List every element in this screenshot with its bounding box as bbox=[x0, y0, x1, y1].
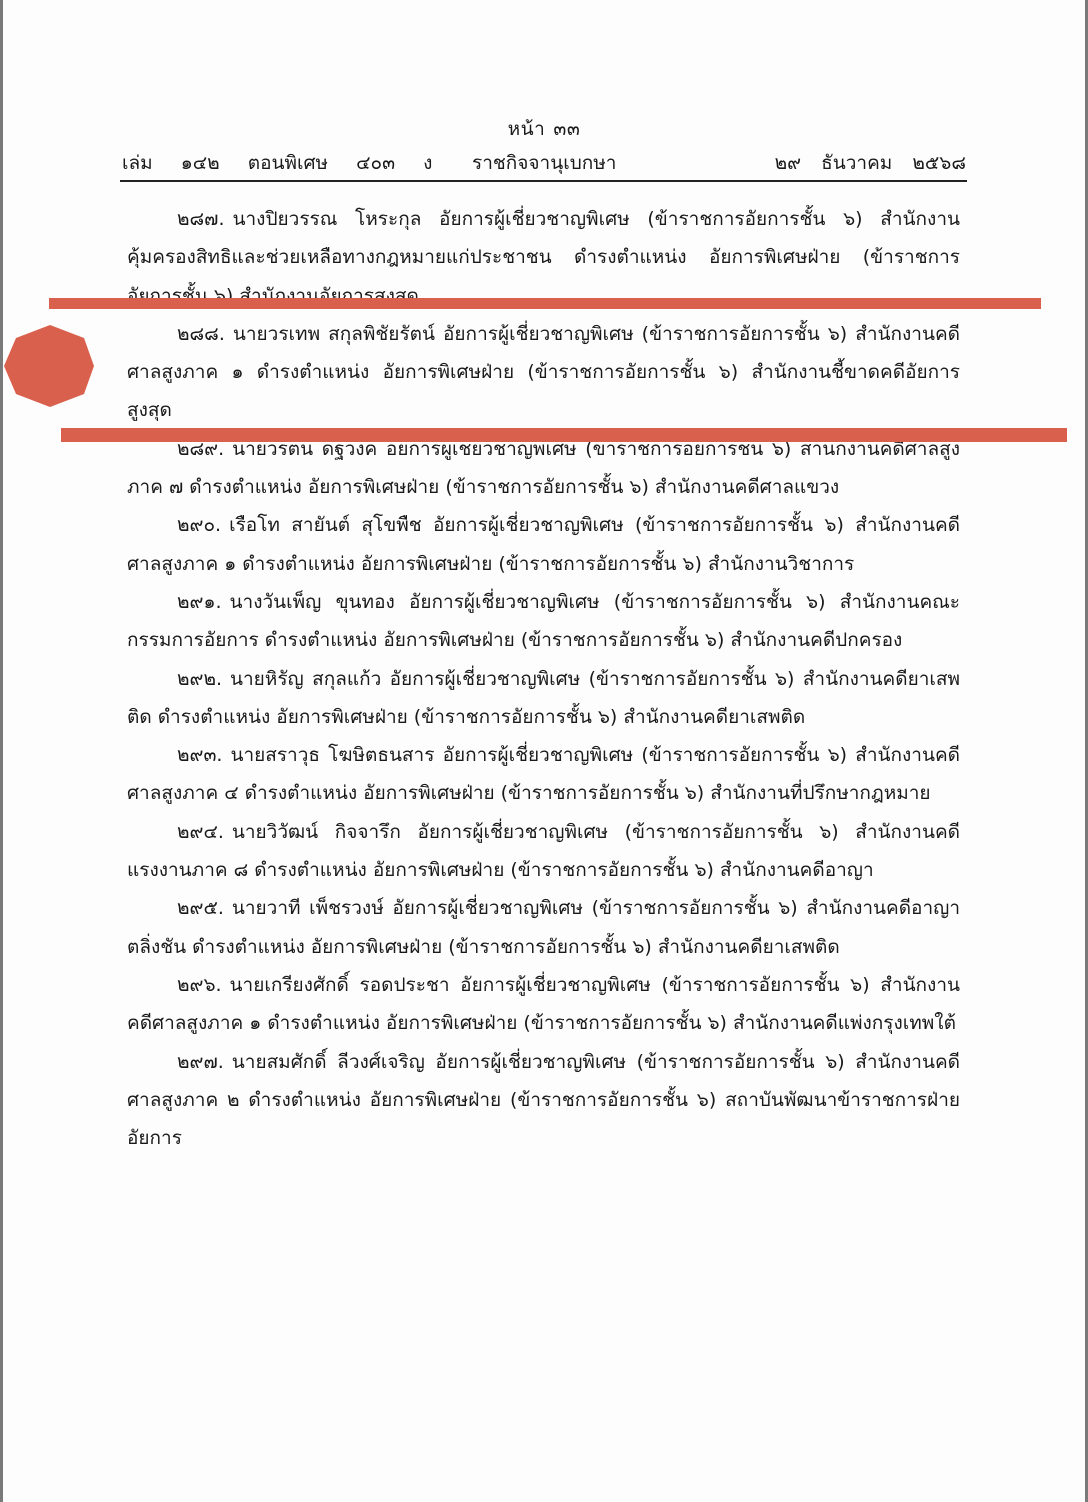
page-number-value: ๓๓ bbox=[553, 118, 580, 140]
appointment-list: ๒๘๗.นางปิยวรรณ โหระกุล อัยการผู้เชี่ยวชา… bbox=[127, 200, 960, 1157]
list-item: ๒๙๔.นายวิวัฒน์ กิจจารึก อัยการผู้เชี่ยวช… bbox=[127, 813, 960, 890]
entry-number: ๒๙๓. bbox=[177, 744, 222, 766]
list-item: ๒๙๒.นายหิรัญ สกุลแก้ว อัยการผู้เชี่ยวชาญ… bbox=[127, 660, 960, 737]
entry-text: นางปิยวรรณ โหระกุล อัยการผู้เชี่ยวชาญพิเ… bbox=[127, 208, 960, 307]
list-item: ๒๘๘.นายวรเทพ สกุลพิชัยรัตน์ อัยการผู้เชี… bbox=[127, 315, 960, 430]
list-item: ๒๙๖.นายเกรียงศักดิ์ รอดประชา อัยการผู้เช… bbox=[127, 966, 960, 1043]
entry-number: ๒๙๐. bbox=[177, 514, 221, 536]
header-volume-section: เล่ม ๑๔๒ ตอนพิเศษ ๔๐๓ ง bbox=[122, 148, 446, 178]
entry-text: นายวรเทพ สกุลพิชัยรัตน์ อัยการผู้เชี่ยวช… bbox=[127, 323, 960, 422]
list-item: ๒๙๗.นายสมศักดิ์ ลีวงศ์เจริญ อัยการผู้เชี… bbox=[127, 1043, 960, 1158]
page-label: หน้า bbox=[508, 118, 546, 140]
entry-text: นางวันเพ็ญ ขุนทอง อัยการผู้เชี่ยวชาญพิเศ… bbox=[127, 591, 960, 651]
entry-text: นายหิรัญ สกุลแก้ว อัยการผู้เชี่ยวชาญพิเศ… bbox=[127, 668, 960, 728]
entry-text: เรือโท สายันต์ สุโขพืช อัยการผู้เชี่ยวชา… bbox=[127, 514, 960, 574]
red-strike-line-bottom bbox=[61, 428, 1067, 442]
red-strike-line-top bbox=[49, 298, 1041, 309]
page-number: หน้า๓๓ bbox=[0, 114, 1088, 144]
entry-number: ๒๘๘. bbox=[177, 323, 225, 345]
section-number: ๔๐๓ bbox=[356, 152, 395, 174]
entry-number: ๒๙๔. bbox=[177, 821, 224, 843]
list-item: ๒๙๕.นายวาที เพ็ชรวงษ์ อัยการผู้เชี่ยวชาญ… bbox=[127, 889, 960, 966]
entry-text: นายสมศักดิ์ ลีวงศ์เจริญ อัยการผู้เชี่ยวช… bbox=[127, 1051, 960, 1150]
entry-text: นายวิวัฒน์ กิจจารึก อัยการผู้เชี่ยวชาญพิ… bbox=[127, 821, 960, 881]
document-page: หน้า๓๓ เล่ม ๑๔๒ ตอนพิเศษ ๔๐๓ ง ราชกิจจาน… bbox=[0, 0, 1088, 1502]
entry-text: นายวาที เพ็ชรวงษ์ อัยการผู้เชี่ยวชาญพิเศ… bbox=[127, 897, 960, 957]
date-year: ๒๕๖๘ bbox=[912, 152, 966, 174]
entry-number: ๒๙๖. bbox=[177, 974, 222, 996]
red-octagon-marker-icon bbox=[4, 325, 94, 407]
header-date: ๒๙ ธันวาคม ๒๕๖๘ bbox=[761, 148, 966, 178]
section-suffix: ง bbox=[423, 152, 432, 174]
volume-label: เล่ม bbox=[122, 152, 153, 174]
section-label: ตอนพิเศษ bbox=[248, 152, 328, 174]
gazette-header: เล่ม ๑๔๒ ตอนพิเศษ ๔๐๓ ง ราชกิจจานุเบกษา … bbox=[122, 148, 966, 178]
date-month: ธันวาคม bbox=[821, 152, 892, 174]
entry-number: ๒๙๑. bbox=[177, 591, 222, 613]
list-item: ๒๙๐.เรือโท สายันต์ สุโขพืช อัยการผู้เชี่… bbox=[127, 506, 960, 583]
publication-name: ราชกิจจานุเบกษา bbox=[472, 148, 616, 178]
header-rule bbox=[120, 180, 967, 182]
entry-number: ๒๙๕. bbox=[177, 897, 224, 919]
entry-number: ๒๘๗. bbox=[177, 208, 225, 230]
entry-text: นายสราวุธ โฆษิตธนสาร อัยการผู้เชี่ยวชาญพ… bbox=[127, 744, 960, 804]
date-day: ๒๙ bbox=[775, 152, 801, 174]
entry-text: นายวรตน ดฐวงค อยการผูเชยวชาญพเศษ (ขาราชก… bbox=[127, 438, 960, 498]
list-item: ๒๙๓.นายสราวุธ โฆษิตธนสาร อัยการผู้เชี่ยว… bbox=[127, 736, 960, 813]
volume-number: ๑๔๒ bbox=[181, 152, 220, 174]
entry-text: นายเกรียงศักดิ์ รอดประชา อัยการผู้เชี่ยว… bbox=[127, 974, 960, 1034]
list-item: ๒๙๑.นางวันเพ็ญ ขุนทอง อัยการผู้เชี่ยวชาญ… bbox=[127, 583, 960, 660]
entry-number: ๒๙๒. bbox=[177, 668, 222, 690]
page-border-left bbox=[0, 0, 3, 1502]
entry-number: ๒๙๗. bbox=[177, 1051, 224, 1073]
